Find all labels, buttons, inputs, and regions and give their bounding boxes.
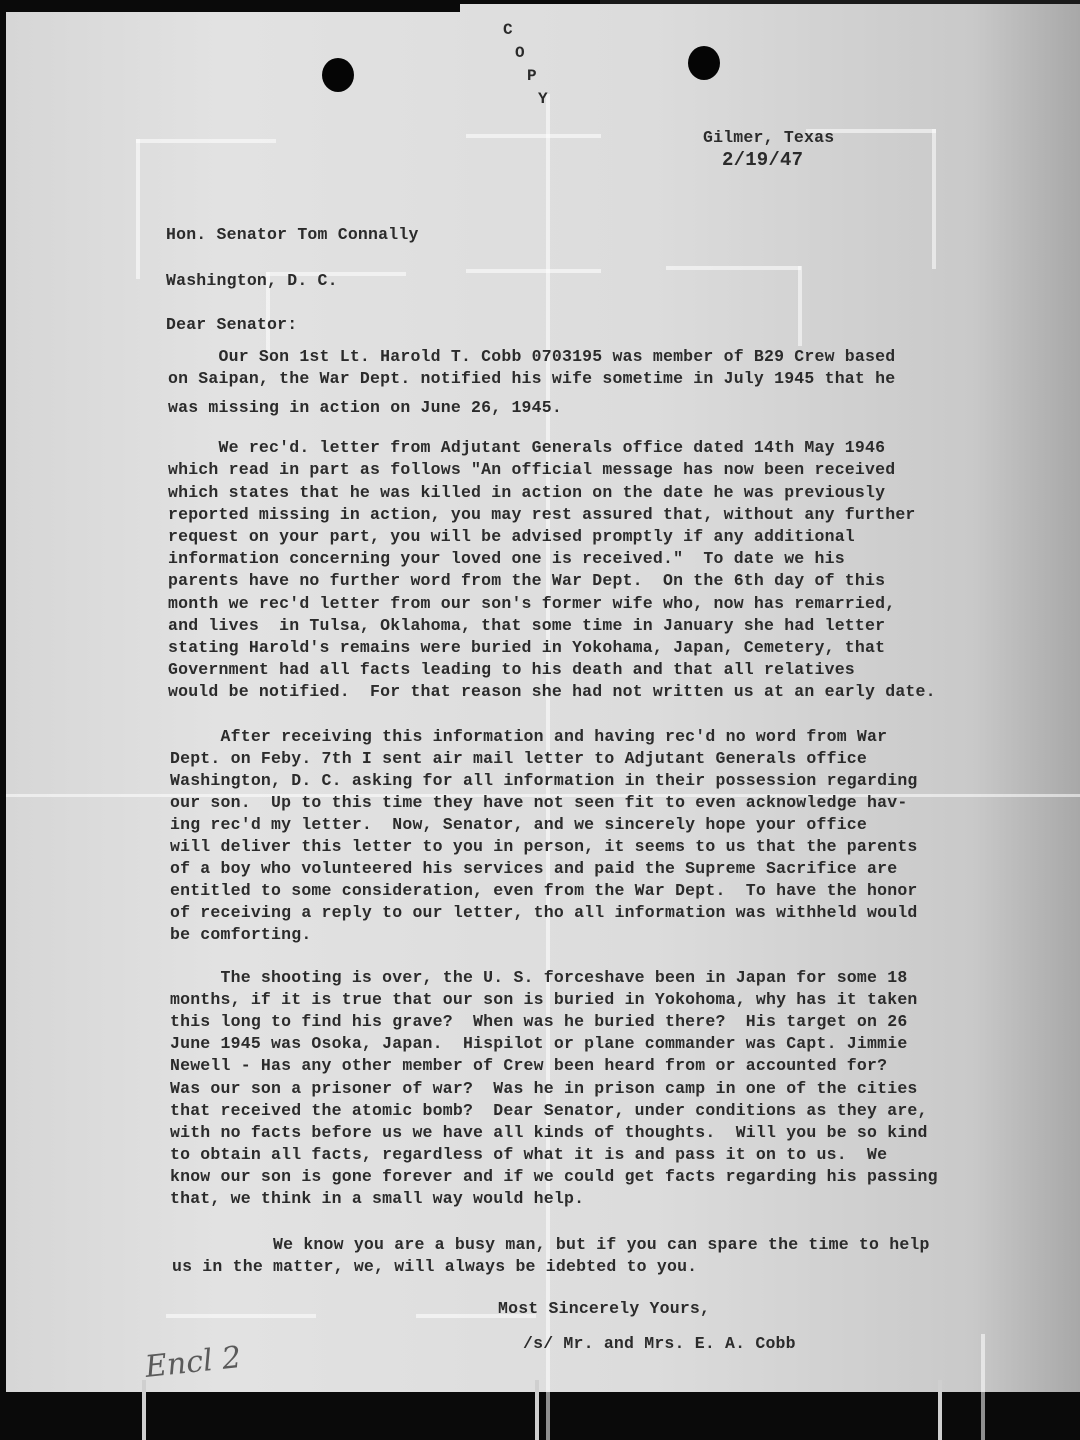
body-line: and lives in Tulsa, Oklahoma, that some … (168, 615, 885, 637)
body-line: We know you are a busy man, but if you c… (172, 1234, 930, 1256)
punch-hole (688, 46, 720, 80)
fold-line (166, 1314, 316, 1318)
scan-edge (600, 0, 1080, 4)
body-line: We rec'd. letter from Adjutant Generals … (168, 437, 885, 459)
body-line: know our son is gone forever and if we c… (170, 1166, 938, 1188)
salutation: Dear Senator: (166, 314, 297, 336)
fold-line (535, 1380, 539, 1440)
fold-line (938, 1380, 942, 1440)
fold-line (142, 1380, 146, 1440)
recipient-address: Washington, D. C. (166, 270, 338, 292)
body-line: on Saipan, the War Dept. notified his wi… (168, 368, 895, 390)
body-line: Government had all facts leading to his … (168, 659, 855, 681)
scan-edge (0, 0, 460, 12)
fold-line (136, 139, 140, 279)
punch-hole (322, 58, 354, 92)
body-line: parents have no further word from the Wa… (168, 570, 885, 592)
body-line: After receiving this information and hav… (170, 726, 887, 748)
body-line: reported missing in action, you may rest… (168, 504, 916, 526)
body-line: that received the atomic bomb? Dear Sena… (170, 1100, 928, 1122)
fold-line (798, 266, 802, 346)
body-line: to obtain all facts, regardless of what … (170, 1144, 887, 1166)
body-line: our son. Up to this time they have not s… (170, 792, 907, 814)
sender-location: Gilmer, Texas (703, 127, 834, 149)
recipient-name: Hon. Senator Tom Connally (166, 224, 419, 246)
body-line: entitled to some consideration, even fro… (170, 880, 918, 902)
fold-line (466, 269, 601, 273)
fold-line (136, 139, 276, 143)
body-line: June 1945 was Osoka, Japan. Hispilot or … (170, 1033, 907, 1055)
copy-stamp-p: P (527, 68, 537, 84)
body-line: be comforting. (170, 924, 311, 946)
body-line: of a boy who volunteered his services an… (170, 858, 897, 880)
closing: Most Sincerely Yours, (498, 1298, 710, 1320)
body-line: information concerning your loved one is… (168, 548, 845, 570)
body-line: months, if it is true that our son is bu… (170, 989, 918, 1011)
body-line: which read in part as follows "An offici… (168, 459, 895, 481)
body-line: with no facts before us we have all kind… (170, 1122, 928, 1144)
fold-line (466, 134, 601, 138)
body-line: was missing in action on June 26, 1945. (168, 397, 562, 419)
body-line: Washington, D. C. asking for all informa… (170, 770, 918, 792)
body-line: will deliver this letter to you in perso… (170, 836, 918, 858)
body-line: request on your part, you will be advise… (168, 526, 855, 548)
body-line: ing rec'd my letter. Now, Senator, and w… (170, 814, 867, 836)
body-line: of receiving a reply to our letter, tho … (170, 902, 918, 924)
body-line: Newell - Has any other member of Crew be… (170, 1055, 887, 1077)
copy-stamp-o: O (515, 45, 525, 61)
body-line: Was our son a prisoner of war? Was he in… (170, 1078, 918, 1100)
body-line: would be notified. For that reason she h… (168, 681, 936, 703)
fold-line (666, 266, 801, 270)
body-line: Dept. on Feby. 7th I sent air mail lette… (170, 748, 867, 770)
body-line: this long to find his grave? When was he… (170, 1011, 907, 1033)
fold-line (932, 129, 936, 269)
fold-line (981, 1334, 985, 1440)
body-line: month we rec'd letter from our son's for… (168, 593, 895, 615)
signature: /s/ Mr. and Mrs. E. A. Cobb (523, 1333, 796, 1355)
body-line: us in the matter, we, will always be ide… (172, 1256, 697, 1278)
body-line: which states that he was killed in actio… (168, 482, 885, 504)
copy-stamp-c: C (503, 22, 513, 38)
body-line: that, we think in a small way would help… (170, 1188, 584, 1210)
copy-stamp-y: Y (538, 91, 548, 107)
letter-date: 2/19/47 (722, 149, 803, 171)
body-line: stating Harold's remains were buried in … (168, 637, 885, 659)
body-line: The shooting is over, the U. S. forcesha… (170, 967, 907, 989)
body-line: Our Son 1st Lt. Harold T. Cobb 0703195 w… (168, 346, 895, 368)
